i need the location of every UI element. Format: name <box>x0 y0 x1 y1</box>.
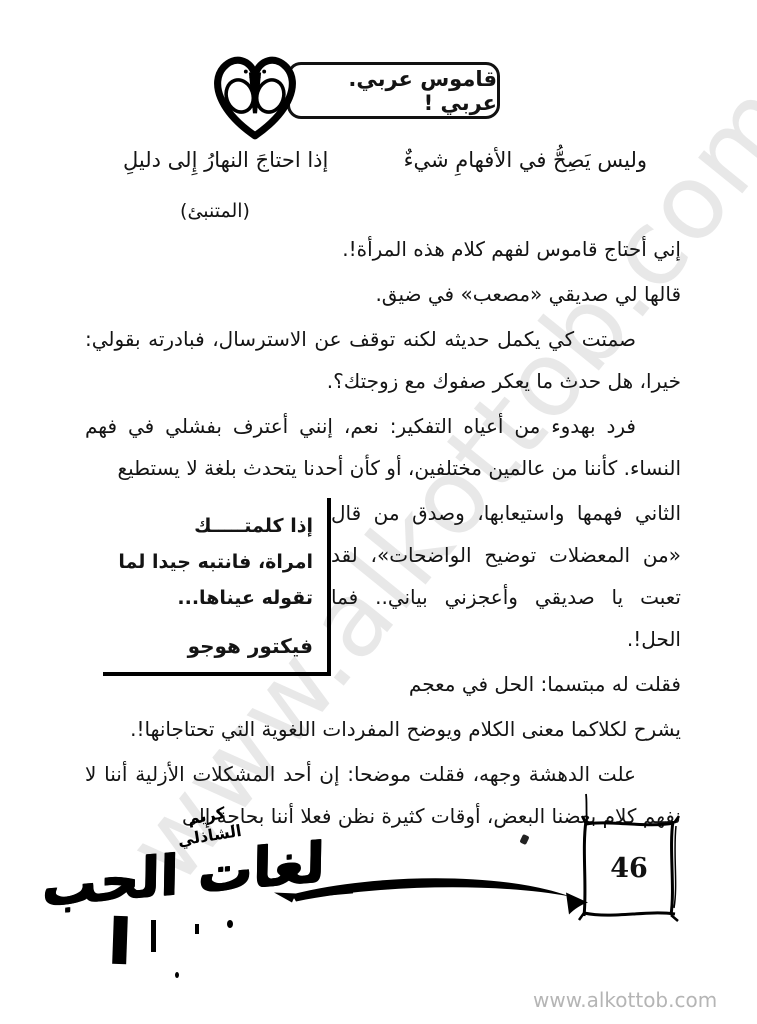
ink-drip <box>112 916 128 964</box>
pullquote-attribution: فيكتور هوجو <box>107 628 313 664</box>
heart-lovebirds-icon <box>203 50 307 144</box>
paragraph-5a: فقلت له مبتسما: الحل في معجم <box>331 663 681 705</box>
paragraph-3: صمتت كي يكمل حديثه لكنه توقف عن الاسترسا… <box>85 318 681 402</box>
ink-drip <box>175 972 179 978</box>
ink-drip <box>227 920 233 928</box>
poetry-verse: وليس يَصِحُّ في الأفهامِ شيءٌ إذا احتاجَ… <box>123 148 647 172</box>
pullquote-row: الثاني فهمها واستيعابها، وصدق من قال «من… <box>85 492 681 708</box>
pullquote-box: إذا كلمتـــــك امراة، فانتبه جيدا لما تق… <box>103 498 331 676</box>
narrow-text-column: الثاني فهمها واستيعابها، وصدق من قال «من… <box>331 492 681 708</box>
corner-watermark: www.alkottob.com <box>533 988 717 1012</box>
chapter-title: قاموس عربي. عربي ! <box>290 67 497 115</box>
hemistich-left: إذا احتاجَ النهارُ إِلى دليلِ <box>123 148 328 172</box>
hemistich-right: وليس يَصِحُّ في الأفهامِ شيءٌ <box>404 148 647 172</box>
paragraph-1: إني أحتاج قاموس لفهم كلام هذه المرأة!. <box>85 228 681 270</box>
page-number-box: 46 <box>578 818 680 918</box>
pullquote-line2: امراة، فانتبه جيدا لما تقوله عيناها... <box>107 544 313 616</box>
pullquote-column: إذا كلمتـــــك امراة، فانتبه جيدا لما تق… <box>85 492 331 676</box>
book-title-text: لغات الحب <box>41 829 325 918</box>
pullquote-line1: إذا كلمتـــــك <box>107 508 313 544</box>
book-page: www.alkottob.com قاموس عربي. عربي ! وليس… <box>0 0 757 1024</box>
paragraph-2: قالها لي صديقي «مصعب» في ضيق. <box>85 273 681 315</box>
ink-drip <box>195 924 199 934</box>
chapter-title-box: قاموس عربي. عربي ! <box>287 62 500 119</box>
paragraph-4b: الثاني فهمها واستيعابها، وصدق من قال «من… <box>331 492 681 660</box>
paragraph-4a: فرد بهدوء من أعياه التفكير: نعم، إنني أع… <box>85 405 681 489</box>
body-text: إني أحتاج قاموس لفهم كلام هذه المرأة!. ق… <box>85 228 681 840</box>
poet-attribution: (المتنبئ) <box>160 200 270 222</box>
paragraph-5b: يشرح لكلاكما معنى الكلام ويوضح المفردات … <box>85 708 681 750</box>
page-number: 46 <box>578 818 680 918</box>
book-title-calligraphy: كريم الشاذلي لغات الحب <box>55 800 335 1024</box>
ink-drip <box>151 920 156 952</box>
